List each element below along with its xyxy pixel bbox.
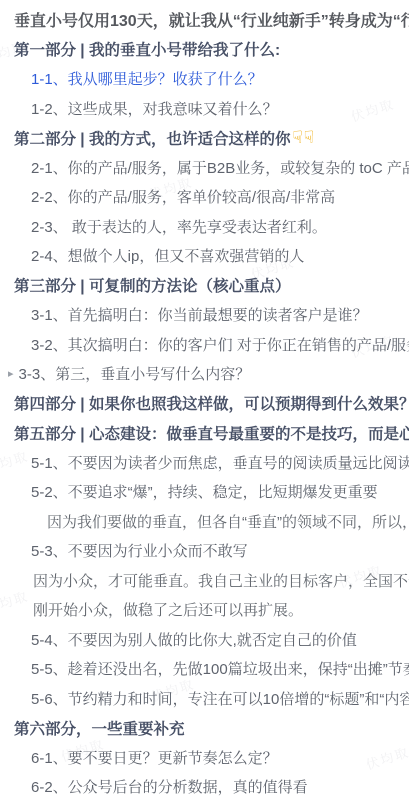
section-heading-text: 第二部分 | 我的方式，也许适合这样的你: [14, 127, 290, 149]
section-heading-text: 第四部分 | 如果你也照我这样做，可以预期得到什么效果？: [14, 392, 409, 414]
outline-item-text: 6-1、要不要日更？更新节奏怎么定？: [31, 747, 278, 768]
outline-item: 3-2、其次搞明白：你的客户们 对于你正在销售的产品/服务，最: [0, 330, 409, 360]
outline-item: 3-1、首先搞明白：你当前最想要的读者客户是谁？: [0, 300, 409, 330]
outline-item-text: 1-2、这些成果，对我意味又着什么？: [31, 98, 278, 119]
outline-item: 5-3、不要因为行业小众而不敢写: [0, 536, 409, 566]
outline-link-text: 1-1、我从哪里起步？收获了什么？: [31, 68, 263, 89]
outline-item: 6-2、公众号后台的分析数据，真的值得看: [0, 772, 409, 800]
doc-title: 垂直小号仅用130天，就让我从“行业纯新手”转身成为“行业: [0, 5, 409, 35]
paragraph-line-text: 因为我们要做的垂直，但各自“垂直”的领域不同，所以，不要: [47, 511, 409, 532]
document-outline: 垂直小号仅用130天，就让我从“行业纯新手”转身成为“行业第一部分 | 我的垂直…: [0, 0, 409, 800]
section-heading: 第四部分 | 如果你也照我这样做，可以预期得到什么效果？: [0, 389, 409, 419]
outline-item-collapsible[interactable]: ▸3-3、第三，垂直小号写什么内容？: [0, 359, 409, 389]
paragraph-line-text: 刚开始小众，做稳了之后还可以再扩展。: [33, 599, 303, 620]
section-heading-text: 第一部分 | 我的垂直小号带给我了什么:: [14, 38, 280, 60]
paragraph-line: 刚开始小众，做稳了之后还可以再扩展。: [0, 595, 409, 625]
outline-link[interactable]: 1-1、我从哪里起步？收获了什么？: [0, 64, 409, 94]
outline-item: 2-1、你的产品/服务，属于B2B业务，或较复杂的 toC 产品: [0, 153, 409, 183]
outline-item-text: 5-6、节约精力和时间，专注在可以10倍增的“标题”和“内容”；其: [31, 688, 409, 709]
outline-item: 2-2、你的产品/服务，客单价较高/很高/非常高: [0, 182, 409, 212]
outline-item: 5-1、不要因为读者少而焦虑，垂直号的阅读质量远比阅读量更: [0, 448, 409, 478]
section-heading-text: 第五部分 | 心态建设：做垂直号最重要的不是技巧，而是心态: [14, 422, 409, 444]
document-page: 伏均取伏均取伏均取伏均取伏均取伏均取伏均取伏均取伏均取伏均取伏均取 垂直小号仅用…: [0, 0, 409, 800]
section-heading: 第二部分 | 我的方式，也许适合这样的你☟☟: [0, 123, 409, 153]
paragraph-line: 因为我们要做的垂直，但各自“垂直”的领域不同，所以，不要: [0, 507, 409, 537]
section-heading-text: 第六部分，一些重要补充: [14, 717, 185, 739]
outline-item: 1-2、这些成果，对我意味又着什么？: [0, 94, 409, 124]
outline-item-text: 5-2、不要追求“爆”，持续、稳定，比短期爆发更重要: [31, 481, 378, 502]
outline-item-text: 2-4、想做个人ip，但又不喜欢强营销的人: [31, 245, 304, 266]
outline-item-text: 2-1、你的产品/服务，属于B2B业务，或较复杂的 toC 产品: [31, 157, 409, 178]
outline-item-text: 3-2、其次搞明白：你的客户们 对于你正在销售的产品/服务，最: [31, 334, 409, 355]
outline-item-text: 5-5、趁着还没出名，先做100篇垃圾出来，保持“出摊”节奏很重要: [31, 658, 409, 679]
outline-item-text: 2-2、你的产品/服务，客单价较高/很高/非常高: [31, 186, 335, 207]
outline-item-text: 3-1、首先搞明白：你当前最想要的读者客户是谁？: [31, 304, 368, 325]
paragraph-line-text: 因为小众，才可能垂直。我自己主业的目标客户，全国不会超过: [33, 570, 409, 591]
collapse-caret-icon[interactable]: ▸: [8, 367, 14, 380]
section-heading: 第三部分 | 可复制的方法论（核心重点）: [0, 271, 409, 301]
paragraph-line: 因为小众，才可能垂直。我自己主业的目标客户，全国不会超过: [0, 566, 409, 596]
doc-title-text: 垂直小号仅用130天，就让我从“行业纯新手”转身成为“行业: [14, 8, 409, 31]
outline-item-text: 5-3、不要因为行业小众而不敢写: [31, 540, 248, 561]
outline-item: 5-6、节约精力和时间，专注在可以10倍增的“标题”和“内容”；其: [0, 684, 409, 714]
outline-item-collapsible-text: 3-3、第三，垂直小号写什么内容？: [19, 363, 251, 384]
outline-item-text: 5-4、不要因为别人做的比你大,就否定自己的价值: [31, 629, 357, 650]
outline-item-text: 6-2、公众号后台的分析数据，真的值得看: [31, 776, 308, 797]
section-heading: 第五部分 | 心态建设：做垂直号最重要的不是技巧，而是心态: [0, 418, 409, 448]
outline-item: 5-2、不要追求“爆”，持续、稳定，比短期爆发更重要: [0, 477, 409, 507]
outline-item: 5-5、趁着还没出名，先做100篇垃圾出来，保持“出摊”节奏很重要: [0, 654, 409, 684]
pointing-down-emoji: ☟☟: [292, 128, 315, 148]
outline-item-text: 2-3、 敢于表达的人，率先享受表达者红利。: [31, 216, 327, 237]
outline-item-text: 5-1、不要因为读者少而焦虑，垂直号的阅读质量远比阅读量更: [31, 452, 409, 473]
section-heading: 第一部分 | 我的垂直小号带给我了什么:: [0, 35, 409, 65]
outline-item: 6-1、要不要日更？更新节奏怎么定？: [0, 743, 409, 773]
outline-item: 2-3、 敢于表达的人，率先享受表达者红利。: [0, 212, 409, 242]
outline-item: 5-4、不要因为别人做的比你大,就否定自己的价值: [0, 625, 409, 655]
section-heading-text: 第三部分 | 可复制的方法论（核心重点）: [14, 274, 290, 296]
outline-item: 2-4、想做个人ip，但又不喜欢强营销的人: [0, 241, 409, 271]
section-heading: 第六部分，一些重要补充: [0, 713, 409, 743]
